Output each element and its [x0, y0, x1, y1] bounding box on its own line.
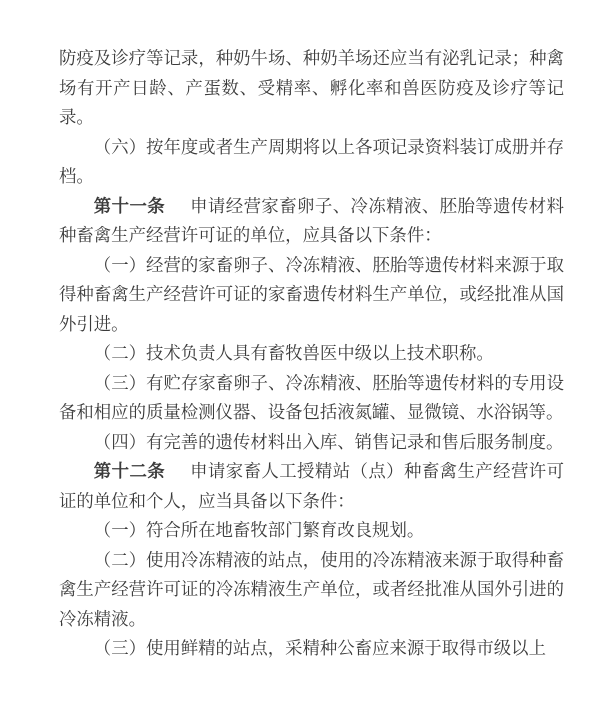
paragraph-text: （四）有完善的遗传材料出入库、销售记录和售后服务制度。 — [94, 433, 564, 453]
paragraph-text: 防疫及诊疗等记录，种奶牛场、种奶羊场还应当有泌乳记录；种禽场有开产日龄、产蛋数、… — [59, 49, 564, 128]
document-body: 防疫及诊疗等记录，种奶牛场、种奶羊场还应当有泌乳记录；种禽场有开产日龄、产蛋数、… — [59, 45, 564, 665]
paragraph: （六）按年度或者生产周期将以上各项记录资料装订成册并存档。 — [59, 134, 564, 193]
paragraph-text: （二）使用冷冻精液的站点，使用的冷冻精液来源于取得种畜禽生产经营许可证的冷冻精液… — [59, 551, 564, 630]
paragraph-text: （三）有贮存家畜卵子、冷冻精液、胚胎等遗传材料的专用设备和相应的质量检测仪器、设… — [59, 374, 564, 424]
article-number: 第十一条 — [94, 197, 165, 217]
document-page: 防疫及诊疗等记录，种奶牛场、种奶羊场还应当有泌乳记录；种禽场有开产日龄、产蛋数、… — [0, 0, 591, 728]
paragraph-text: （六）按年度或者生产周期将以上各项记录资料装订成册并存档。 — [59, 138, 564, 188]
paragraph: （二）使用冷冻精液的站点，使用的冷冻精液来源于取得种畜禽生产经营许可证的冷冻精液… — [59, 547, 564, 636]
article-paragraph: 第十一条申请经营家畜卵子、冷冻精液、胚胎等遗传材料种畜禽生产经营许可证的单位，应… — [59, 193, 564, 252]
paragraph-text: （一）符合所在地畜牧部门繁育改良规划。 — [94, 521, 424, 541]
paragraph: 防疫及诊疗等记录，种奶牛场、种奶羊场还应当有泌乳记录；种禽场有开产日龄、产蛋数、… — [59, 45, 564, 134]
paragraph-text: （二）技术负责人具有畜牧兽医中级以上技术职称。 — [94, 344, 494, 364]
article-paragraph: 第十二条申请家畜人工授精站（点）种畜禽生产经营许可证的单位和个人，应当具备以下条… — [59, 458, 564, 517]
article-number: 第十二条 — [94, 462, 165, 482]
paragraph-text: （一）经营的家畜卵子、冷冻精液、胚胎等遗传材料来源于取得种畜禽生产经营许可证的家… — [59, 256, 564, 335]
paragraph: （三）有贮存家畜卵子、冷冻精液、胚胎等遗传材料的专用设备和相应的质量检测仪器、设… — [59, 370, 564, 429]
paragraph: （三）使用鲜精的站点，采精种公畜应来源于取得市级以上 — [59, 635, 564, 665]
paragraph: （一）符合所在地畜牧部门繁育改良规划。 — [59, 517, 564, 547]
paragraph: （二）技术负责人具有畜牧兽医中级以上技术职称。 — [59, 340, 564, 370]
paragraph: （一）经营的家畜卵子、冷冻精液、胚胎等遗传材料来源于取得种畜禽生产经营许可证的家… — [59, 252, 564, 341]
paragraph: （四）有完善的遗传材料出入库、销售记录和售后服务制度。 — [59, 429, 564, 459]
paragraph-text: （三）使用鲜精的站点，采精种公畜应来源于取得市级以上 — [94, 639, 546, 659]
